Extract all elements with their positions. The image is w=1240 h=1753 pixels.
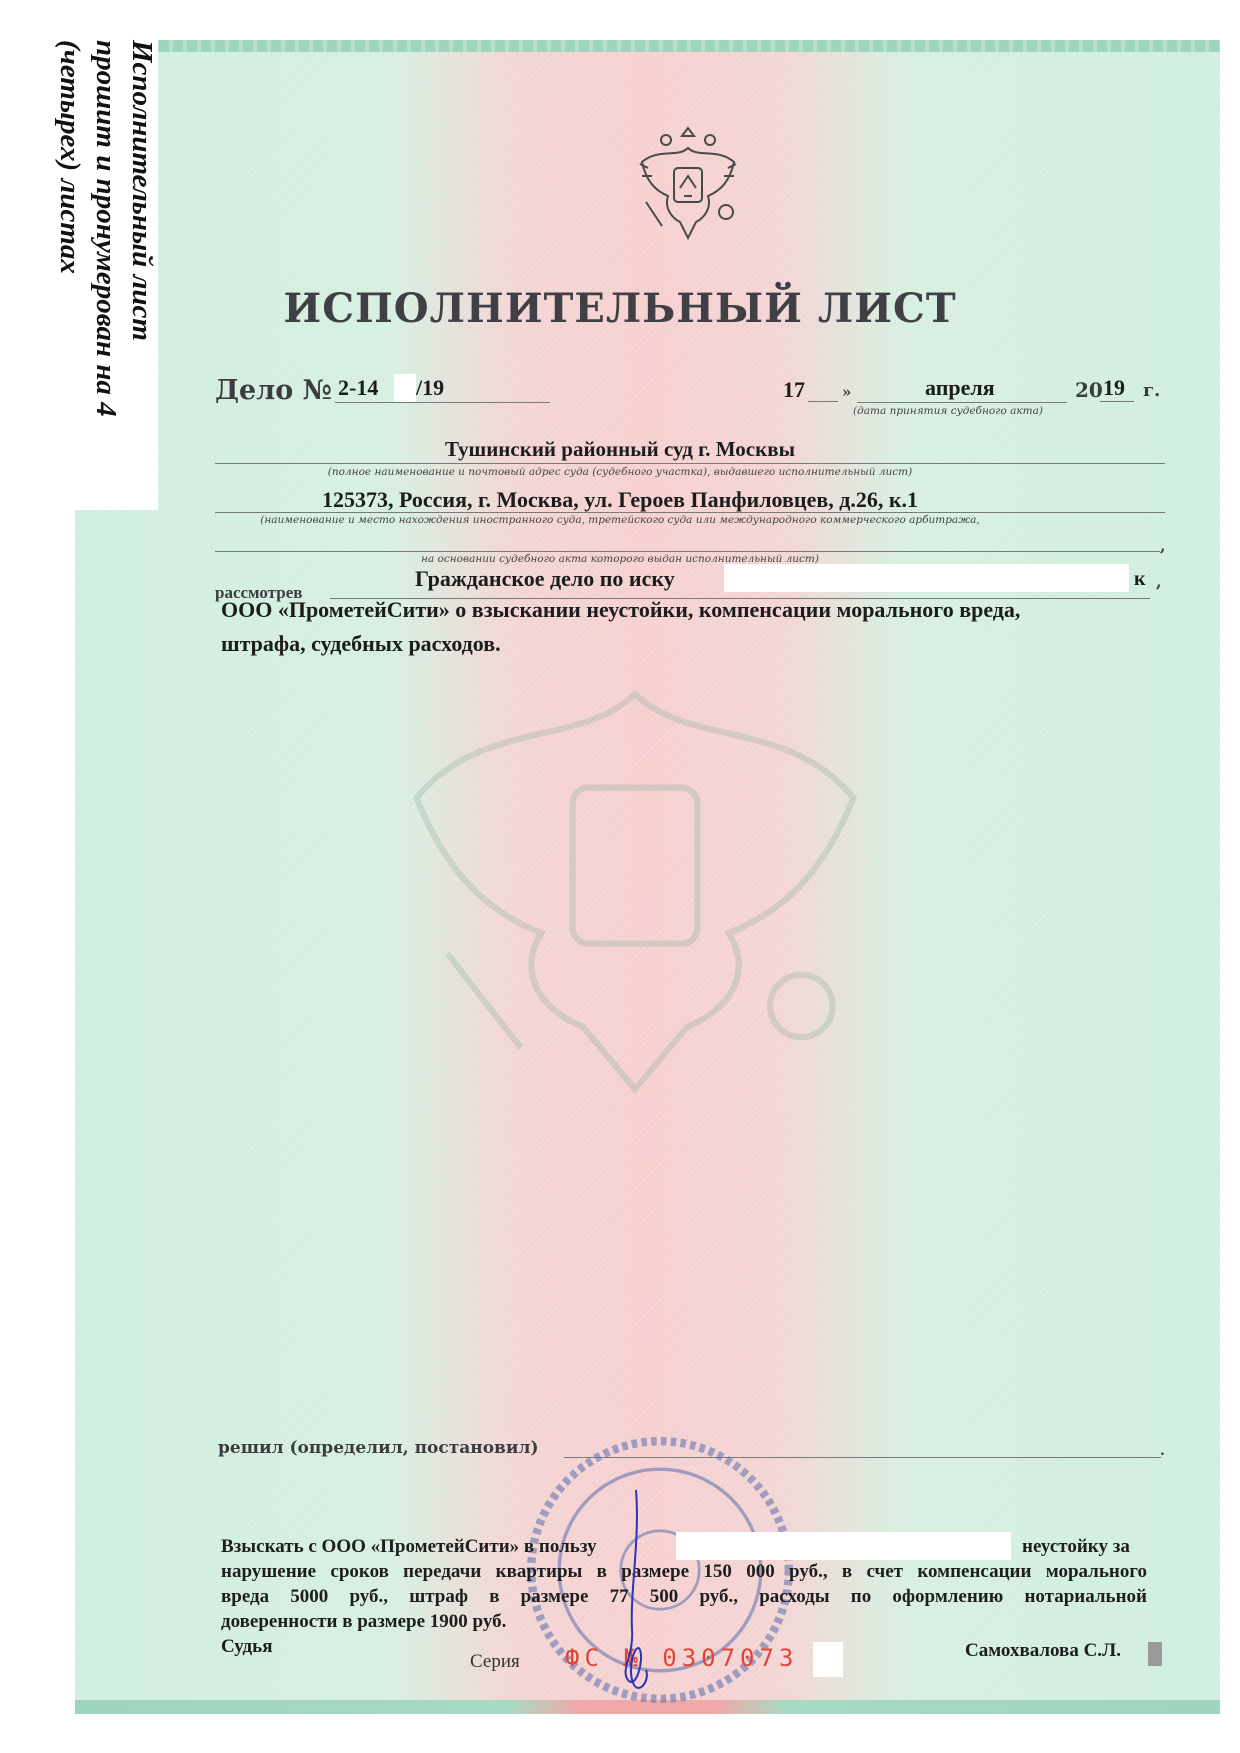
decision-text-end: неустойку за (1022, 1536, 1130, 1558)
court-address-underline (215, 512, 1165, 513)
date-month: апреля (925, 375, 995, 401)
redacted-beneficiary-name (676, 1532, 1011, 1560)
foreign-court-hint: (наименование и место нахождения иностра… (0, 514, 1240, 526)
signature-icon (600, 1480, 680, 1700)
court-name-underline (215, 463, 1165, 464)
year-unit: г. (1143, 380, 1160, 401)
date-day: 17 (783, 377, 805, 403)
claim-text-line: штрафа, судебных расходов. (221, 631, 501, 657)
considered-comma: , (1156, 572, 1162, 591)
court-address: 125373, Россия, г. Москва, ул. Героев Па… (0, 487, 1240, 513)
day-underline (808, 401, 838, 402)
judge-label: Судья (221, 1636, 273, 1658)
redacted-series-digit (813, 1642, 843, 1677)
side-note-line: прошит и пронумерован на 4 (88, 40, 124, 417)
case-number-label: Дело № (215, 375, 332, 406)
side-note-line: (четырех) листах (52, 40, 88, 417)
year-underline (1100, 401, 1134, 402)
year-suffix: 19 (1103, 375, 1125, 401)
case-number-underline (335, 402, 550, 403)
basis-underline (215, 551, 1160, 552)
series-label: Серия (470, 1651, 520, 1673)
russian-coat-of-arms-icon (628, 118, 748, 246)
case-number-prefix: 2-14 (338, 375, 378, 401)
redacted-judge-initial (1148, 1642, 1162, 1666)
judge-name: Самохвалова С.Л. (965, 1640, 1121, 1662)
decision-text-start: Взыскать с ООО «ПрометейСити» в пользу (221, 1536, 597, 1558)
claim-text-line: ООО «ПрометейСити» о взыскании неустойки… (221, 597, 1020, 623)
paper-border-top (75, 40, 1220, 52)
court-name-hint: (полное наименование и почтовый адрес су… (0, 466, 1240, 478)
court-name: Тушинский районный суд г. Москвы (0, 437, 1240, 462)
case-type: Гражданское дело по иску (415, 566, 675, 592)
stitched-note-label: Исполнительный лист прошит и пронумерова… (0, 0, 158, 510)
decision-text-line: вреда 5000 руб., штраф в размере 77 500 … (221, 1586, 1147, 1608)
page-title: ИСПОЛНИТЕЛЬНЫЙ ЛИСТ (0, 285, 1240, 332)
case-number-suffix: /19 (416, 375, 444, 401)
decision-text-line: доверенности в размере 1900 руб. (221, 1611, 506, 1633)
decision-label: решил (определил, постановил) (218, 1438, 539, 1458)
redacted-case-digits (394, 374, 416, 402)
decision-text-line: нарушение сроков передачи квартиры в раз… (221, 1561, 1147, 1583)
coat-of-arms-watermark-icon (370, 590, 900, 1110)
side-note-line: Исполнительный лист (124, 40, 160, 417)
date-hint: (дата принятия судебного акта) (853, 405, 1043, 417)
redacted-plaintiff-name (724, 564, 1129, 592)
date-quote: » (842, 383, 851, 401)
against-letter: к (1134, 568, 1146, 591)
decision-dot: . (1160, 1443, 1165, 1459)
month-underline (857, 402, 1067, 403)
year-prefix: 20 (1075, 378, 1103, 402)
